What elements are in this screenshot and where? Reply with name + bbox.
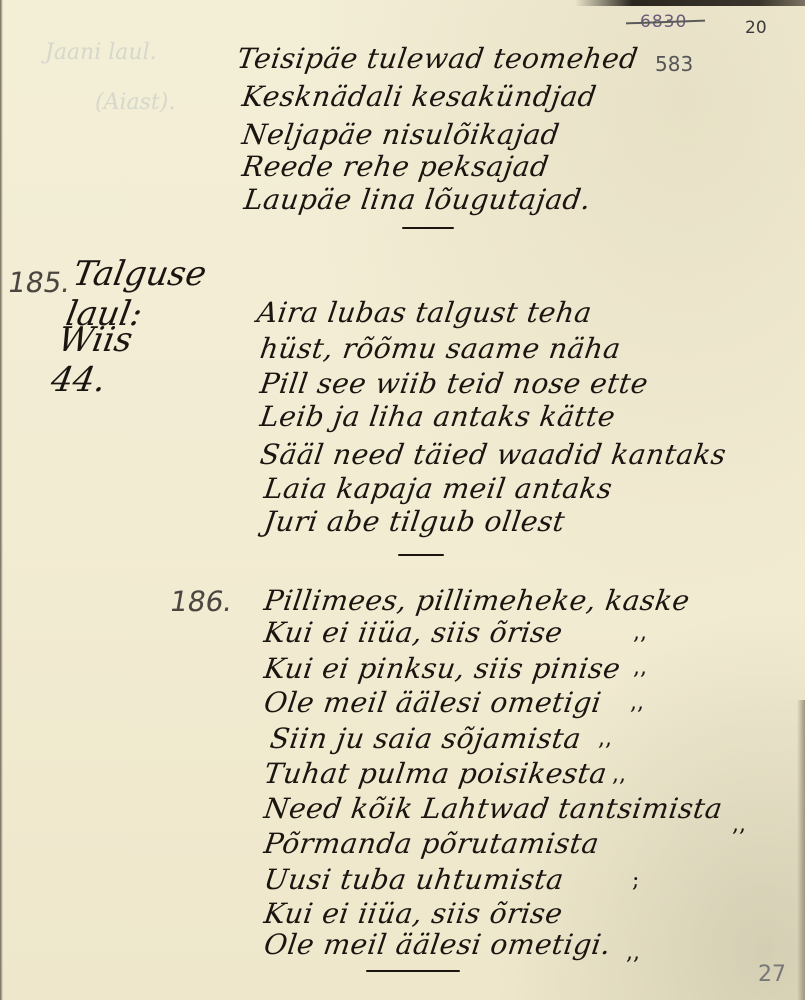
- verse-line: Kui ei iiüa, siis õrise: [262, 897, 565, 930]
- struck-archive-number: 6830: [640, 12, 687, 32]
- ditto-mark: ,,: [598, 726, 612, 751]
- verse-line: Laupäe lina lõugutajad.: [242, 183, 593, 216]
- verse-line: Neljapäe nisulõikajad: [240, 118, 562, 151]
- section-divider: [402, 227, 454, 229]
- bleed-through-text: Jaani laul.: [45, 40, 157, 65]
- item-number: 186.: [167, 585, 235, 618]
- page-number-bottom: 27: [758, 962, 786, 987]
- melody-reference: Wiis 44.: [48, 320, 136, 400]
- verse-line: Sääl need täied waadid kantaks: [258, 438, 728, 471]
- verse-line: Laia kapaja meil antaks: [262, 472, 614, 505]
- verse-line: Kesknädali kesakündjad: [240, 80, 599, 113]
- verse-line: Reede rehe peksajad: [240, 150, 551, 183]
- ditto-mark: ,,: [630, 690, 644, 715]
- verse-line: Teisipäe tulewad teomehed: [235, 42, 640, 75]
- verse-line: Kui ei pinksu, siis pinise: [262, 652, 623, 685]
- verse-line: Aira lubas talgust teha: [255, 296, 594, 329]
- verse-line: Põrmanda põrutamista: [262, 827, 601, 860]
- page-top-edge-shadow: [575, 0, 805, 6]
- manuscript-page: Jaani laul. (Aiast). 6830 20 583 27 Teis…: [0, 0, 805, 1000]
- ditto-mark: ;: [632, 868, 639, 893]
- verse-line: Leib ja liha antaks kätte: [258, 400, 618, 433]
- bleed-through-text: (Aiast).: [95, 90, 175, 115]
- verse-line: Pillimees, pillimeheke, kaske: [262, 584, 692, 617]
- verse-line: Pill see wiib teid nose ette: [258, 367, 650, 400]
- ditto-mark: ,,: [612, 762, 626, 787]
- page-number-top: 20: [745, 18, 767, 38]
- item-number: 185.: [5, 266, 73, 299]
- pencil-archive-number: 583: [655, 52, 693, 76]
- page-left-edge-shadow: [0, 0, 3, 1000]
- page-right-edge-shadow: [797, 700, 805, 1000]
- verse-line: Siin ju saia sõjamista: [268, 722, 583, 755]
- ditto-mark: ,,: [633, 620, 647, 645]
- verse-line: Uusi tuba uhtumista: [262, 863, 566, 896]
- verse-line: Kui ei iiüa, siis õrise: [262, 616, 565, 649]
- section-divider: [398, 554, 444, 556]
- verse-line: Tuhat pulma poisikesta: [262, 757, 609, 790]
- verse-line: hüst, rõõmu saame näha: [258, 332, 623, 365]
- verse-line: Ole meil äälesi ometigi: [262, 686, 604, 719]
- verse-line: Ole meil äälesi ometigi.: [262, 928, 613, 961]
- ditto-mark: ,,: [633, 655, 647, 680]
- ditto-mark: ,,: [732, 812, 746, 837]
- section-divider: [366, 970, 460, 972]
- verse-line: Need kõik Lahtwad tantsimista: [262, 792, 725, 825]
- verse-line: Juri abe tilgub ollest: [262, 505, 567, 538]
- ditto-mark: ,,: [626, 940, 640, 965]
